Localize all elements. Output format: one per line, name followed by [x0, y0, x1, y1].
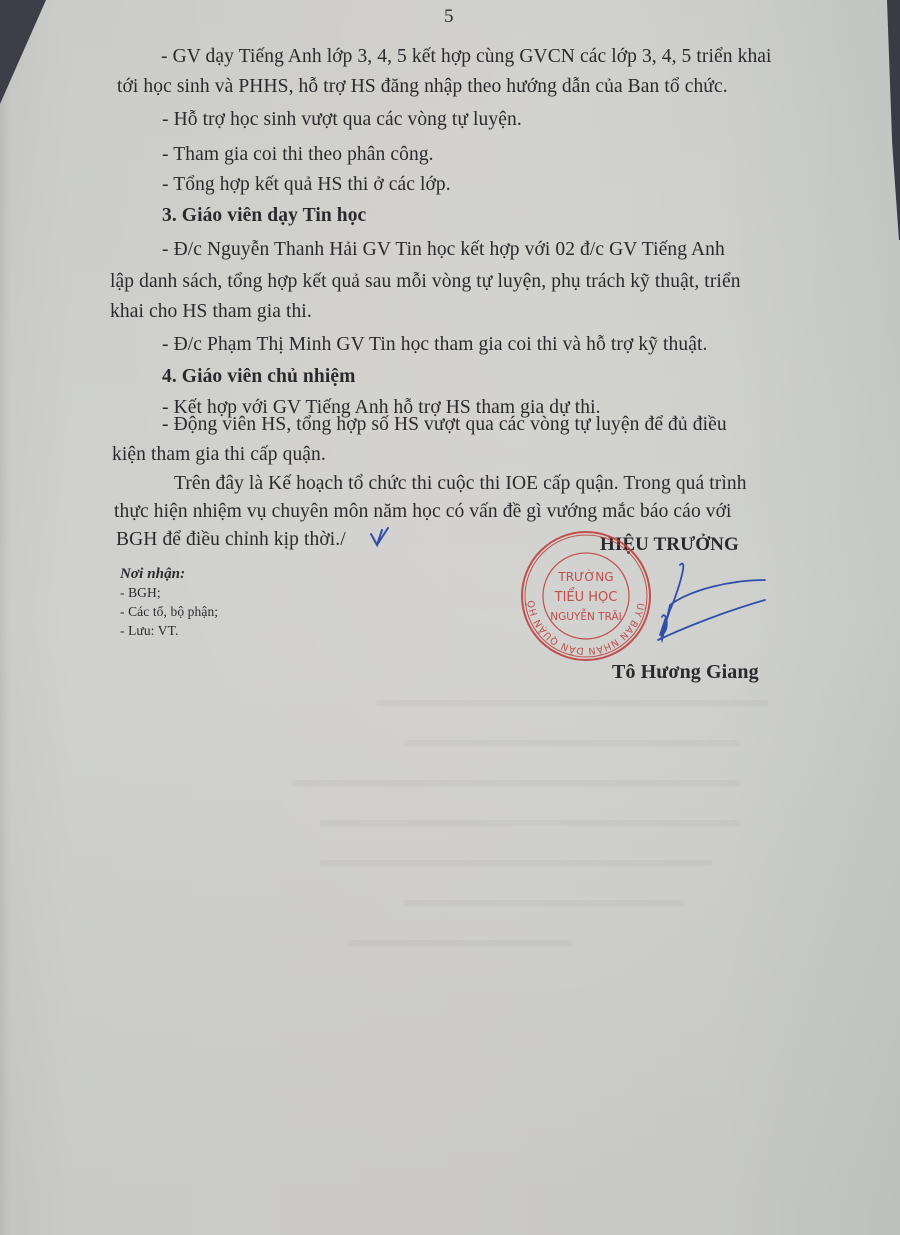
list-item: - Hỗ trợ học sinh vượt qua các vòng tự l… — [162, 108, 522, 132]
list-item: - Đ/c Phạm Thị Minh GV Tin học tham gia … — [162, 333, 707, 357]
section-heading-3: 3. Giáo viên dạy Tin học — [162, 204, 366, 228]
official-stamp: ỦY BAN NHÂN DÂN QUẬN HỒNG BÀNG TP. HẢI P… — [519, 529, 653, 663]
paragraph-line: - Động viên HS, tổng hợp số HS vượt qua … — [162, 413, 727, 437]
paper-fold-shadow — [0, 0, 10, 1235]
paragraph-line: thực hiện nhiệm vụ chuyên môn năm học có… — [114, 500, 732, 524]
paragraph-line: khai cho HS tham gia thi. — [110, 300, 312, 324]
paragraph-line: lập danh sách, tổng hợp kết quả sau mỗi … — [110, 270, 741, 294]
svg-text:TIỂU HỌC: TIỂU HỌC — [554, 588, 618, 605]
section-heading-4: 4. Giáo viên chủ nhiệm — [162, 365, 355, 389]
recipients-heading: Nơi nhận: — [120, 562, 185, 586]
recipient-item: - BGH; — [120, 584, 161, 602]
page-number: 5 — [444, 5, 454, 29]
paragraph-line: BGH để điều chỉnh kịp thời./ — [116, 528, 346, 552]
signer-name: Tô Hương Giang — [612, 660, 759, 684]
paragraph-line: - Đ/c Nguyễn Thanh Hải GV Tin học kết hợ… — [162, 238, 725, 262]
svg-text:TRƯỜNG: TRƯỜNG — [557, 569, 613, 584]
recipient-item: - Các tổ, bộ phận; — [120, 603, 218, 621]
paragraph-line: Trên đây là Kế hoạch tổ chức thi cuộc th… — [174, 472, 747, 496]
handwritten-check-icon — [368, 526, 394, 548]
background-edge — [887, 0, 900, 240]
paragraph-line: - GV dạy Tiếng Anh lớp 3, 4, 5 kết hợp c… — [161, 45, 772, 69]
paragraph-line: tới học sinh và PHHS, hỗ trợ HS đăng nhậ… — [117, 75, 728, 99]
list-item: - Tổng hợp kết quả HS thi ở các lớp. — [162, 173, 451, 197]
paragraph-line: kiện tham gia thi cấp quận. — [112, 443, 326, 467]
list-item: - Tham gia coi thi theo phân công. — [162, 143, 434, 167]
recipient-item: - Lưu: VT. — [120, 622, 178, 640]
svg-text:NGUYỄN TRÃI: NGUYỄN TRÃI — [550, 608, 621, 623]
reverse-side-showthrough — [180, 700, 740, 1000]
handwritten-signature — [640, 555, 770, 645]
